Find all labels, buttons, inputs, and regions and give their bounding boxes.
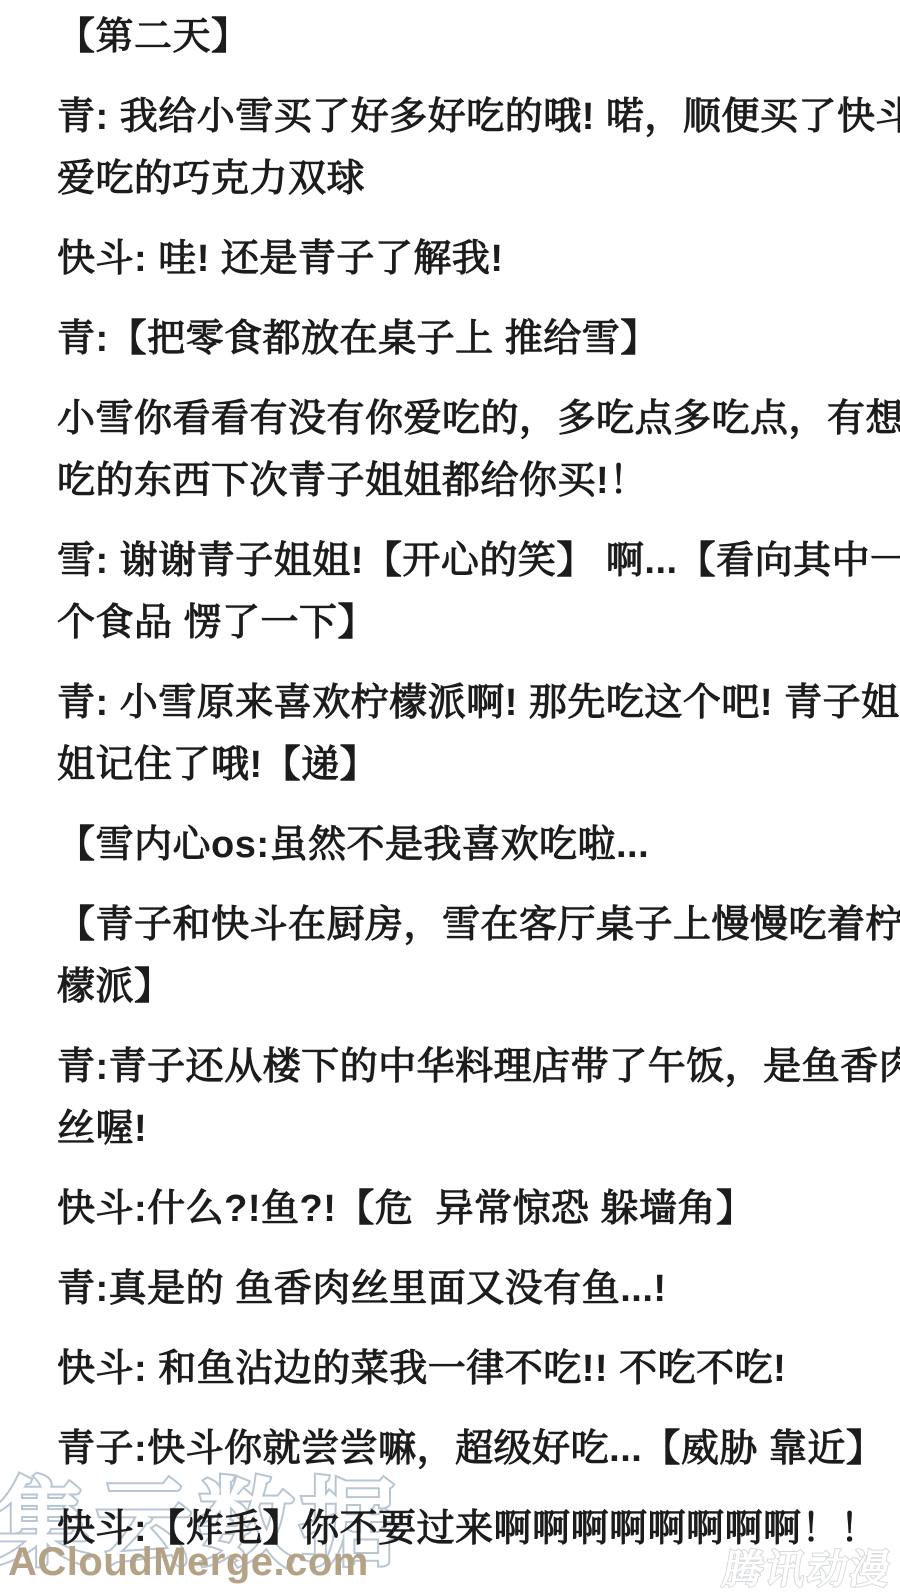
script-paragraph: 雪: 谢谢青子姐姐!【开心的笑】 啊...【看向其中一个食品 愣了一下】 bbox=[57, 530, 850, 654]
script-line: 青:【把零食都放在桌子上 推给雪】 bbox=[57, 308, 850, 370]
script-line: 青: 小雪原来喜欢柠檬派啊! 那先吃这个吧! 青子姐 bbox=[57, 672, 850, 734]
script-line: 丝喔! bbox=[57, 1098, 850, 1160]
script-line: 青: 我给小雪买了好多好吃的哦! 喏，顺便买了快斗 bbox=[57, 86, 850, 148]
script-line: 青:青子还从楼下的中华料理店带了午饭，是鱼香肉 bbox=[57, 1036, 850, 1098]
script-paragraph: 【第二天】 bbox=[57, 6, 850, 68]
script-paragraph: 青:【把零食都放在桌子上 推给雪】 bbox=[57, 308, 850, 370]
script-paragraph: 快斗: 和鱼沾边的菜我一律不吃!! 不吃不吃! bbox=[57, 1338, 850, 1400]
script-line: 【第二天】 bbox=[57, 6, 850, 68]
script-line: 姐记住了哦!【递】 bbox=[57, 734, 850, 796]
script-paragraph: 青子:快斗你就尝尝嘛，超级好吃...【威胁 靠近】 bbox=[57, 1418, 850, 1480]
script-line: 快斗: 哇! 还是青子了解我! bbox=[57, 228, 850, 290]
script-paragraph: 快斗: 哇! 还是青子了解我! bbox=[57, 228, 850, 290]
script-line: 【雪内心os:虽然不是我喜欢吃啦... bbox=[57, 814, 850, 876]
script-line: 青子:快斗你就尝尝嘛，超级好吃...【威胁 靠近】 bbox=[57, 1418, 850, 1480]
script-line: 檬派】 bbox=[57, 956, 850, 1018]
acloudmerge-watermark: ACloudMerge.com bbox=[8, 1540, 369, 1585]
script-paragraph: 青: 小雪原来喜欢柠檬派啊! 那先吃这个吧! 青子姐姐记住了哦!【递】 bbox=[57, 672, 850, 796]
script-line: 吃的东西下次青子姐姐都给你买!！ bbox=[57, 450, 850, 512]
tencent-comics-logo: 腾讯动漫 bbox=[719, 1538, 897, 1595]
script-paragraph: 青: 我给小雪买了好多好吃的哦! 喏，顺便买了快斗爱吃的巧克力双球 bbox=[57, 86, 850, 210]
script-line: 【青子和快斗在厨房，雪在客厅桌子上慢慢吃着柠 bbox=[57, 894, 850, 956]
script-page: 集云数据 【第二天】青: 我给小雪买了好多好吃的哦! 喏，顺便买了快斗爱吃的巧克… bbox=[0, 0, 900, 1596]
script-body: 【第二天】青: 我给小雪买了好多好吃的哦! 喏，顺便买了快斗爱吃的巧克力双球快斗… bbox=[0, 0, 900, 1596]
script-line: 小雪你看看有没有你爱吃的，多吃点多吃点，有想 bbox=[57, 388, 850, 450]
script-line: 青:真是的 鱼香肉丝里面又没有鱼...! bbox=[57, 1258, 850, 1320]
script-line: 雪: 谢谢青子姐姐!【开心的笑】 啊...【看向其中一 bbox=[57, 530, 850, 592]
script-paragraph: 青:真是的 鱼香肉丝里面又没有鱼...! bbox=[57, 1258, 850, 1320]
script-paragraph: 【青子和快斗在厨房，雪在客厅桌子上慢慢吃着柠檬派】 bbox=[57, 894, 850, 1018]
script-paragraph: 【雪内心os:虽然不是我喜欢吃啦... bbox=[57, 814, 850, 876]
script-line: 快斗:什么?!鱼?!【危 异常惊恐 躲墙角】 bbox=[57, 1178, 850, 1240]
script-line: 快斗: 和鱼沾边的菜我一律不吃!! 不吃不吃! bbox=[57, 1338, 850, 1400]
script-paragraph: 快斗:什么?!鱼?!【危 异常惊恐 躲墙角】 bbox=[57, 1178, 850, 1240]
script-paragraph: 小雪你看看有没有你爱吃的，多吃点多吃点，有想吃的东西下次青子姐姐都给你买!！ bbox=[57, 388, 850, 512]
script-paragraph: 青:青子还从楼下的中华料理店带了午饭，是鱼香肉丝喔! bbox=[57, 1036, 850, 1160]
script-line: 个食品 愣了一下】 bbox=[57, 592, 850, 654]
script-line: 爱吃的巧克力双球 bbox=[57, 148, 850, 210]
